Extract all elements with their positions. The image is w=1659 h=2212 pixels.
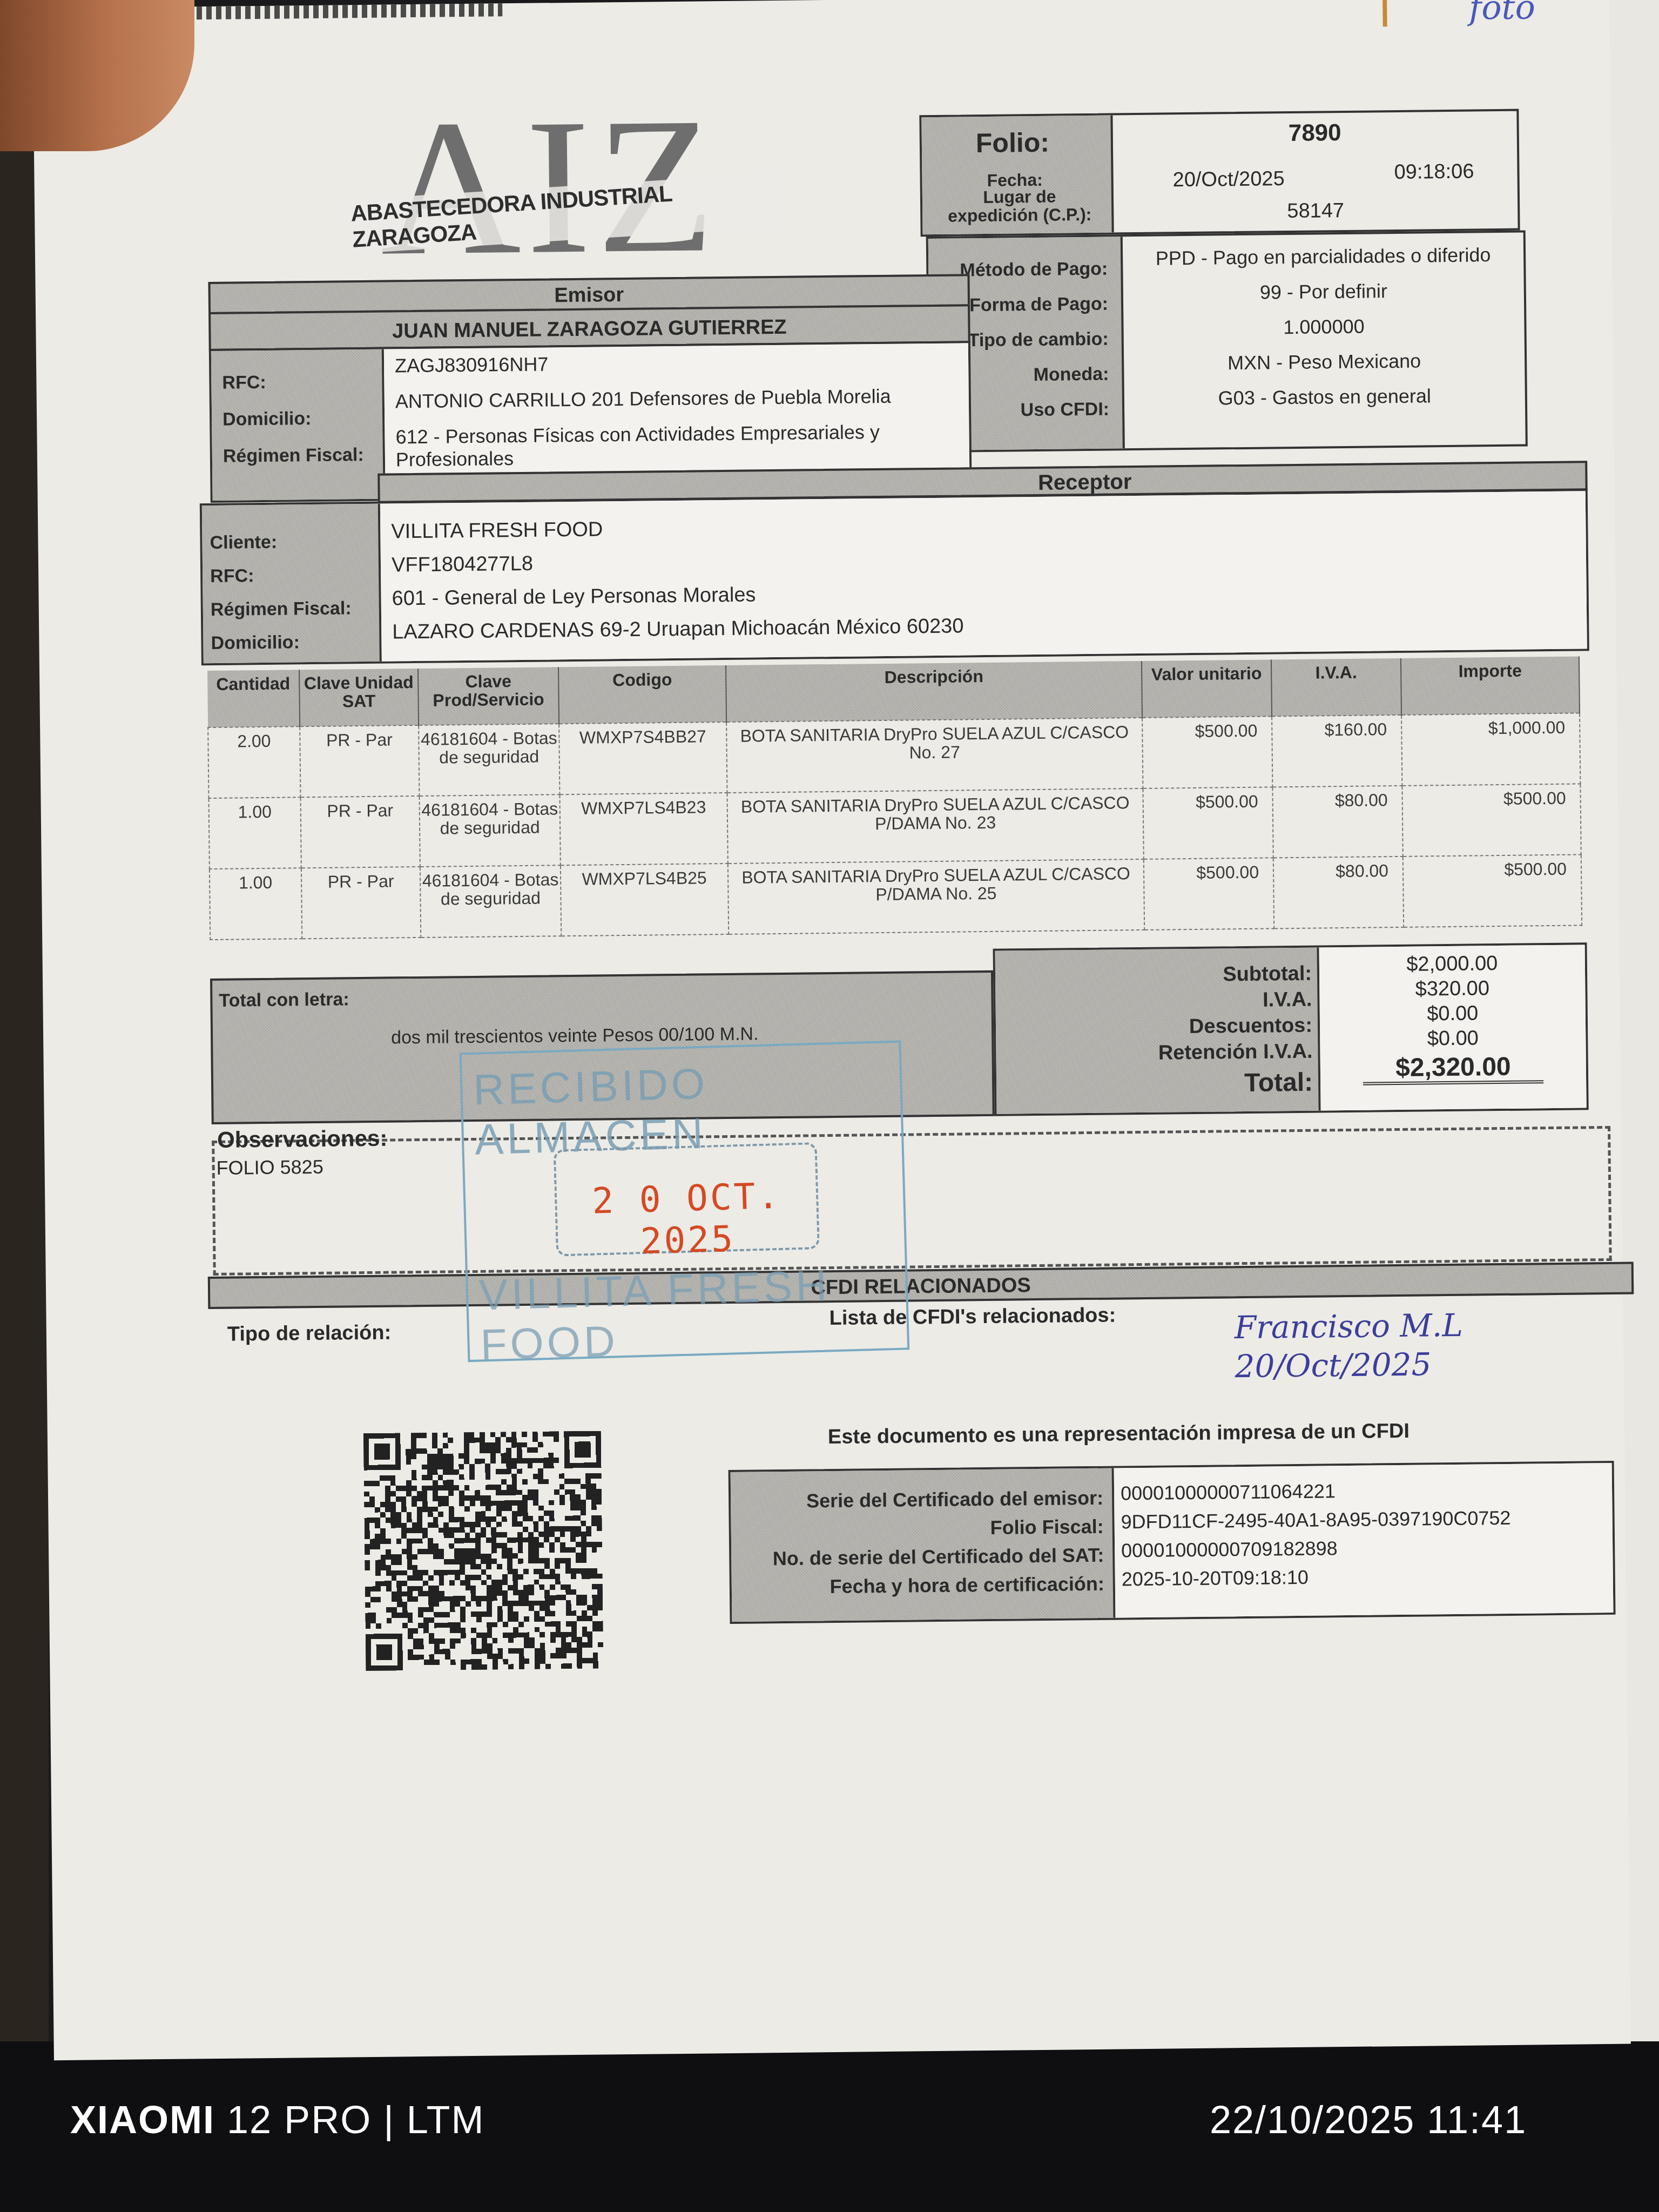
camera-model: 12 PRO | LTM	[227, 2099, 484, 2142]
handwritten-foto: foto	[1469, 0, 1535, 28]
folio-fiscal-label: Folio Fiscal:	[731, 1512, 1112, 1545]
col-codigo: Codigo	[558, 665, 726, 724]
forma-pago-value: 99 - Por definir	[1123, 279, 1525, 318]
camera-watermark-datetime: 22/10/2025 11:41	[1210, 2098, 1527, 2142]
handwritten-signature: Francisco M.L 20/Oct/2025	[1235, 1306, 1464, 1386]
items-table: Cantidad Clave Unidad SAT Clave Prod/Ser…	[207, 656, 1582, 940]
moneda-value: MXN - Peso Mexicano	[1124, 348, 1525, 388]
cell-iva: $80.00	[1273, 857, 1404, 929]
receptor-values: VILLITA FRESH FOOD VFF1804277L8 601 - Ge…	[380, 491, 1587, 661]
cell-cantidad: 1.00	[209, 797, 301, 869]
cell-clave-prod: 46181604 - Botas de seguridad	[419, 724, 559, 796]
receptor-regimen-label: Régimen Fiscal:	[203, 598, 380, 633]
payment-values: PPD - Pago en parcialidades o diferido 9…	[1123, 233, 1526, 449]
receptor-cliente: VILLITA FRESH FOOD	[391, 508, 1575, 544]
cell-clave-prod: 46181604 - Botas de seguridad	[420, 865, 561, 938]
iva-label: I.V.A.	[995, 987, 1317, 1016]
col-iva: I.V.A.	[1271, 658, 1401, 717]
cell-codigo: WMXP7LS4B23	[559, 793, 727, 865]
cell-iva: $160.00	[1272, 715, 1402, 787]
cell-codigo: WMXP7S4BB27	[559, 722, 727, 794]
cell-iva: $80.00	[1272, 786, 1402, 858]
camera-watermark-model: XIAOMI 12 PRO | LTM	[70, 2098, 485, 2142]
fecha-value: 20/Oct/2025	[1172, 167, 1284, 192]
certification-block: Serie del Certificado del emisor: Folio …	[729, 1461, 1616, 1624]
cell-valor-unitario: $500.00	[1143, 787, 1273, 859]
cell-valor-unitario: $500.00	[1144, 858, 1274, 930]
top-printed-strip	[167, 3, 502, 19]
cell-importe: $500.00	[1402, 784, 1581, 856]
folio-labels: Folio: Fecha: Lugar de expedición (C.P.)…	[921, 115, 1114, 234]
stamp-date-frame: 2 0 OCT. 2025	[554, 1142, 820, 1257]
tipo-relacion-label: Tipo de relación:	[227, 1321, 392, 1346]
receptor-block: Cliente: RFC: Régimen Fiscal: Domicilio:…	[200, 489, 1589, 665]
emisor-regimen-label: Régimen Fiscal:	[212, 444, 383, 483]
cell-clave-prod: 46181604 - Botas de seguridad	[419, 794, 560, 867]
descuentos-label: Descuentos:	[996, 1013, 1318, 1042]
emisor-domicilio-label: Domicilio:	[212, 408, 383, 446]
totals-block: Subtotal: I.V.A. Descuentos: Retención I…	[993, 942, 1589, 1116]
folio-values: 7890 20/Oct/2025 09:18:06 58147	[1112, 111, 1518, 233]
cell-descripcion: BOTA SANITARIA DryPro SUELA AZUL C/CASCO…	[726, 718, 1143, 793]
folio-number: 7890	[1112, 118, 1516, 149]
receptor-domicilio: LAZARO CARDENAS 69-2 Uruapan Michoacán M…	[392, 608, 1576, 644]
descuentos-value: $0.00	[1320, 1000, 1586, 1027]
emisor-domicilio: ANTONIO CARRILLO 201 Defensores de Puebl…	[395, 384, 958, 413]
received-stamp: RECIBIDO ALMACEN 2 0 OCT. 2025 VILLITA F…	[460, 1041, 910, 1363]
hora-value: 09:18:06	[1394, 160, 1474, 184]
cell-descripcion: BOTA SANITARIA DryPro SUELA AZUL C/CASCO…	[728, 859, 1144, 934]
receptor-cliente-label: Cliente:	[202, 531, 379, 566]
observaciones-value: FOLIO 5825	[216, 1156, 323, 1179]
cert-sat-label: No. de serie del Certificado del SAT:	[731, 1541, 1113, 1573]
metodo-pago-value: PPD - Pago en parcialidades o diferido	[1123, 244, 1524, 283]
receptor-labels: Cliente: RFC: Régimen Fiscal: Domicilio:	[202, 504, 382, 663]
col-descripcion: Descripción	[726, 661, 1142, 722]
folio-block: Folio: Fecha: Lugar de expedición (C.P.)…	[919, 109, 1520, 237]
cell-importe: $1,000.00	[1401, 713, 1580, 785]
fecha-cert-value: 2025-10-20T09:18:10	[1121, 1560, 1607, 1593]
cell-cantidad: 2.00	[208, 726, 300, 798]
receptor-rfc: VFF1804277L8	[392, 541, 1575, 577]
stamp-date: 2 0 OCT. 2025	[556, 1174, 818, 1264]
lugar-label: Lugar de expedición (C.P.):	[939, 187, 1101, 225]
emisor-rfc-label: RFC:	[211, 371, 382, 409]
table-row: 1.00 PR - Par 46181604 - Botas de seguri…	[210, 854, 1582, 940]
cell-clave-unidad: PR - Par	[301, 867, 421, 939]
col-clave-prod: Clave Prod/Servicio	[418, 667, 559, 725]
receptor-domicilio-label: Domicilio:	[203, 631, 380, 666]
tipo-cambio-value: 1.000000	[1123, 314, 1525, 353]
cell-clave-unidad: PR - Par	[300, 725, 419, 797]
col-cantidad: Cantidad	[207, 670, 300, 727]
retencion-value: $0.00	[1320, 1024, 1586, 1052]
cert-sat-value: 00001000000709182898	[1121, 1531, 1607, 1564]
cp-value: 58147	[1114, 198, 1518, 225]
subtotal-value: $2,000.00	[1319, 950, 1585, 977]
receptor-regimen: 601 - General de Ley Personas Morales	[392, 575, 1575, 611]
cell-descripcion: BOTA SANITARIA DryPro SUELA AZUL C/CASCO…	[727, 788, 1143, 864]
table-row: 2.00 PR - Par 46181604 - Botas de seguri…	[208, 713, 1580, 798]
col-valor-unitario: Valor unitario	[1142, 659, 1272, 718]
signature-name: Francisco M.L	[1235, 1306, 1464, 1347]
totals-values: $2,000.00 $320.00 $0.00 $0.00 $2,320.00	[1319, 945, 1587, 1110]
cert-emisor-label: Serie del Certificado del emisor:	[731, 1483, 1112, 1516]
cell-clave-unidad: PR - Par	[301, 796, 420, 868]
fecha-cert-label: Fecha y hora de certificación:	[732, 1569, 1114, 1602]
cell-valor-unitario: $500.00	[1142, 716, 1272, 788]
emisor-rfc: ZAGJ830916NH7	[395, 348, 957, 377]
cell-codigo: WMXP7LS4B25	[561, 864, 729, 936]
cfdi-legend: Este documento es una representación imp…	[828, 1420, 1410, 1449]
total-letra-label: Total con letra:	[219, 989, 349, 1011]
folio-fiscal-value: 9DFD11CF-2495-40A1-8A95-0397190C0752	[1121, 1502, 1606, 1536]
col-importe: Importe	[1401, 656, 1580, 714]
iva-value: $320.00	[1319, 975, 1585, 1002]
col-clave-unidad: Clave Unidad SAT	[299, 669, 419, 726]
cert-emisor-value: 00001000000711064221	[1121, 1474, 1606, 1507]
payment-block: Método de Pago: Forma de Pago: Tipo de c…	[926, 230, 1528, 453]
total-label: Total:	[996, 1070, 1318, 1099]
table-row: 1.00 PR - Par 46181604 - Botas de seguri…	[209, 784, 1581, 869]
uso-cfdi-value: G03 - Gastos en general	[1124, 383, 1526, 423]
certification-values: 00001000000711064221 9DFD11CF-2495-40A1-…	[1114, 1463, 1614, 1618]
cell-importe: $500.00	[1403, 854, 1582, 927]
observaciones-box	[212, 1126, 1611, 1276]
total-value: $2,320.00	[1363, 1054, 1543, 1085]
camera-brand: XIAOMI	[70, 2099, 215, 2142]
receptor-rfc-label: RFC:	[203, 564, 379, 599]
observaciones-label: Observaciones:	[217, 1125, 388, 1153]
total-letra-value: dos mil trescientos veinte Pesos 00/100 …	[391, 1023, 759, 1048]
cell-cantidad: 1.00	[210, 868, 302, 940]
stamp-bottom-text: VILLITA FRESH FOOD	[478, 1259, 908, 1370]
signature-date: 20/Oct/2025	[1235, 1345, 1464, 1386]
subtotal-label: Subtotal:	[995, 961, 1317, 990]
invoice-page: foto AIZ ABASTECEDORA INDUSTRIAL ZARAGOZ…	[32, 0, 1631, 2060]
totals-labels: Subtotal: I.V.A. Descuentos: Retención I…	[995, 948, 1321, 1114]
emisor-regimen: 612 - Personas Físicas con Actividades E…	[395, 420, 959, 471]
pen-mark	[1382, 0, 1387, 26]
folio-label: Folio:	[976, 127, 1050, 159]
company-logo: AIZ ABASTECEDORA INDUSTRIAL ZARAGOZA	[347, 109, 780, 275]
qr-code-icon	[363, 1431, 604, 1671]
retencion-label: Retención I.V.A.	[996, 1038, 1318, 1068]
certification-labels: Serie del Certificado del emisor: Folio …	[731, 1468, 1116, 1622]
emisor-labels: RFC: Domicilio: Régimen Fiscal:	[211, 349, 386, 501]
